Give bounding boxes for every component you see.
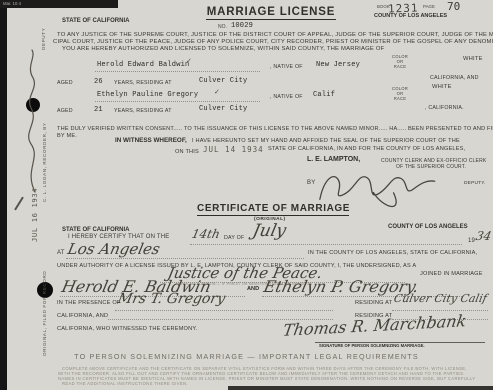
scan-edge-left [0, 0, 7, 390]
license-title: MARRIAGE LICENSE [206, 6, 336, 20]
page-number: 70 [447, 0, 460, 13]
recorder-deputy-signature [22, 48, 44, 196]
ceremony-month: July [251, 221, 288, 241]
scan-edge-bottom [228, 386, 493, 390]
witness-residence: Culver City Calif [393, 292, 488, 305]
groom-race-value: WHITE [463, 56, 483, 62]
officiant-signature: Thomas R. Marchbank [282, 311, 468, 340]
bride-native-label: , NATIVE OF [270, 94, 303, 100]
checkmark-icon: ✓ [186, 57, 192, 65]
ceremony-year: 34 [475, 229, 493, 243]
california-and-line: CALIFORNIA, AND [57, 313, 108, 319]
groom-years-label: YEARS, RESIDING AT [114, 80, 172, 86]
at-label: AT [57, 250, 65, 256]
witness-whereof-label: IN WITNESS WHEREOF, [115, 137, 187, 144]
on-this-label: ON THIS [175, 149, 199, 155]
groom-name-rule [95, 70, 260, 72]
fine-print-line-4: READ THE ADDITIONAL INSTRUCTIONS THERE G… [62, 381, 188, 386]
issue-date-stamp: JUL 14 1934 [203, 145, 264, 154]
residence-rule-1 [392, 309, 488, 311]
color-race-label-groom: COLOR OR RACE [391, 54, 409, 69]
consent-line-2: BY ME. [57, 133, 77, 139]
deputy-label: DEPUTY. [464, 181, 486, 186]
groom-native-label: , NATIVE OF [270, 64, 303, 70]
and-label: AND [247, 286, 259, 292]
groom-residence: Culver City [199, 77, 247, 85]
intro-line-3: YOU ARE HEREBY AUTHORIZED AND LICENSED T… [62, 46, 384, 52]
county-heading: COUNTY OF LOS ANGELES [374, 13, 447, 19]
certificate-county-heading: COUNTY OF LOS ANGELES [388, 224, 468, 230]
residing-label-1: RESIDING AT [355, 300, 392, 306]
ceremony-day: 14th [191, 227, 222, 241]
intro-line-1: TO ANY JUSTICE OF THE SUPREME COURT, JUS… [57, 32, 493, 38]
bride-aged-label: AGED [57, 108, 73, 114]
consent-line-1: THE DULY VERIFIED WRITTEN CONSENT..... T… [57, 126, 493, 132]
presence-label: IN THE PRESENCE OF [57, 300, 120, 306]
bride-age: 21 [94, 106, 103, 114]
color-race-label-bride: COLOR OR RACE [391, 86, 409, 101]
state-heading: STATE OF CALIFORNIA [62, 18, 129, 24]
groom-aged-label: AGED [57, 80, 73, 86]
joined-label: JOINED IN MARRIAGE [420, 271, 483, 277]
date-rule [190, 243, 462, 245]
margin-check-mark [14, 197, 24, 211]
day-of-label: DAY OF [224, 235, 244, 241]
intro-line-2: CIPAL COURT, JUSTICE OF THE PEACE, JUDGE… [53, 39, 493, 45]
license-number-label: NO. [218, 24, 227, 30]
checkmark-icon: ✓ [214, 88, 220, 96]
place-rule [66, 257, 304, 259]
margin-filed-label: ORIGINAL, FILED FOR RECORD [42, 276, 47, 356]
footer-heading: TO PERSON SOLEMNIZING MARRIAGE — IMPORTA… [0, 352, 493, 361]
groom-name: Herold Edward Baldwin [97, 61, 189, 69]
bride-native-value: Calif [313, 91, 335, 99]
witness-rule [115, 309, 333, 311]
bride-name-rule [95, 100, 260, 102]
bride-name: Ethelyn Pauline Gregory [97, 91, 198, 99]
bride-residence: Culver City [199, 105, 247, 113]
bride-race-value: WHITE [432, 84, 452, 90]
certificate-title: CERTIFICATE OF MARRIAGE [197, 203, 349, 216]
bride-state-line: , CALIFORNIA. [425, 105, 464, 111]
filed-date-stamp: JUL 16 1934 [30, 186, 39, 242]
signature-caption: SIGNATURE OF PERSON SOLEMNIZING MARRIAGE… [319, 343, 425, 348]
witnessed-line: CALIFORNIA, WHO WITNESSED THE CEREMONY. [57, 326, 197, 332]
page-label: PAGE [423, 4, 435, 9]
witness-line-1: I HAVE HEREUNTO SET MY HAND AND AFFIXED … [192, 138, 460, 144]
groom-state-line: CALIFORNIA, AND [430, 75, 479, 81]
groom-age: 26 [94, 78, 103, 86]
ceremony-place: Los Angeles [66, 240, 162, 258]
witness-name: Mrs T. Gregory [116, 291, 226, 307]
marriage-license-document: Mar. 10 4 DEPUTY C. L. LOGAN, RECORDER, … [0, 0, 493, 390]
certificate-state-heading: STATE OF CALIFORNIA [62, 227, 129, 233]
margin-deputy-label: DEPUTY [41, 14, 46, 50]
groom-native-value: New Jersey [316, 61, 360, 69]
bride-years-label: YEARS, RESIDING AT [114, 108, 172, 114]
witness-line-2: STATE OF CALIFORNIA, IN AND FOR THE COUN… [268, 146, 465, 152]
clerk-name: L. E. LAMPTON, [307, 156, 360, 163]
corner-form-note: Mar. 10 4 [3, 1, 21, 6]
license-number-value: 10029 [231, 22, 253, 30]
margin-recorder-line: C. L. LOGAN, RECORDER, BY [42, 112, 47, 202]
place-suffix: IN THE COUNTY OF LOS ANGELES, STATE OF C… [308, 250, 477, 256]
